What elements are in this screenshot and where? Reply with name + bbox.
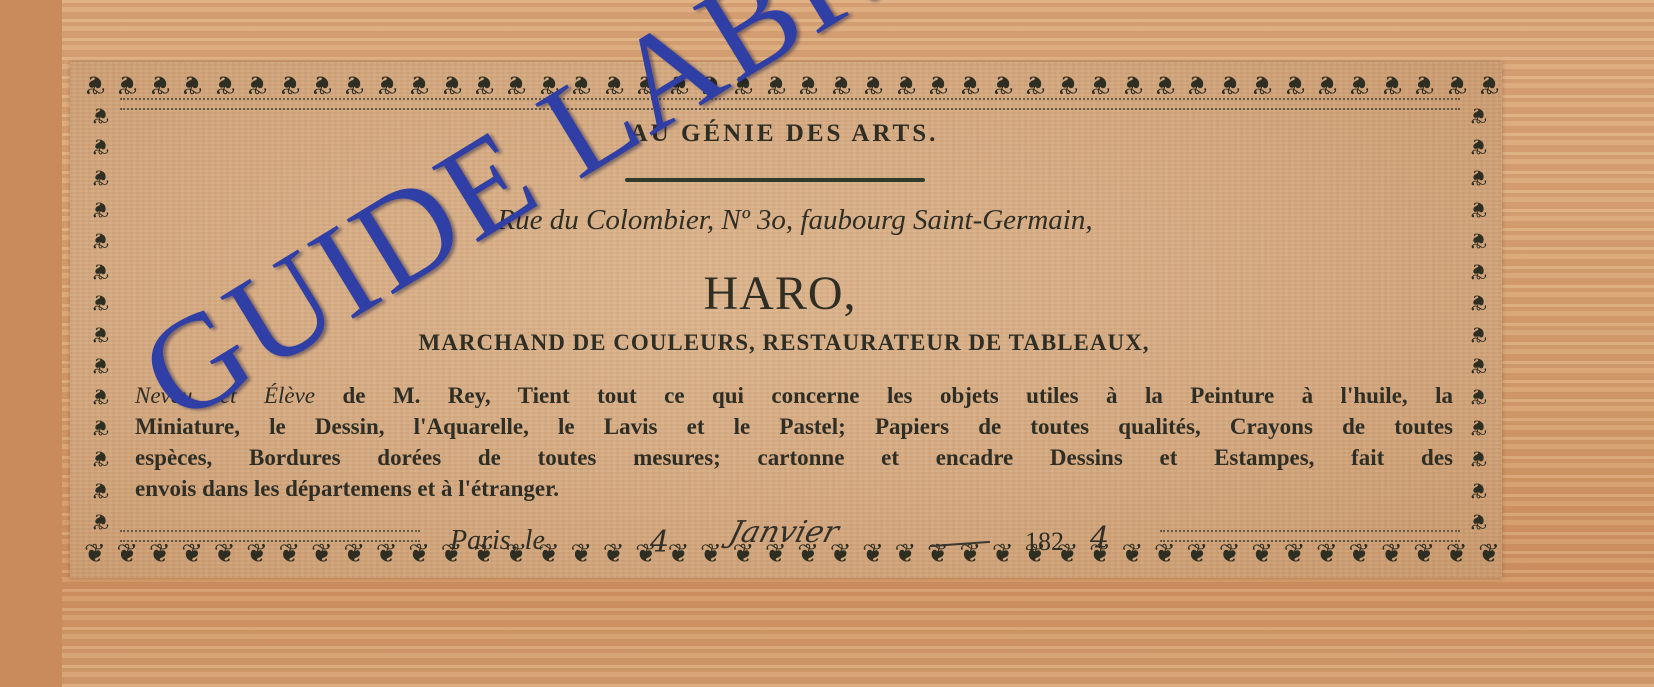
leaf-ornament-icon: ❦ (1089, 71, 1111, 97)
leaf-ornament-icon: ❦ (1154, 71, 1176, 97)
paragraph-line-4: envois dans les départemens et à l'étran… (135, 473, 1453, 504)
shop-address: Rue du Colombier, Nº 3o, faubourg Saint-… (0, 204, 1590, 237)
leaf-ornament-icon: ❦ (1024, 71, 1046, 97)
leaf-ornament-icon: ❦ (1348, 71, 1370, 97)
leaf-ornament-icon: ❦ (1469, 385, 1487, 407)
leaf-ornament-icon: ❦ (959, 541, 981, 567)
leaf-ornament-icon: ❦ (992, 541, 1014, 567)
leaf-ornament-icon: ❦ (1284, 71, 1306, 97)
leaf-ornament-icon: ❦ (1251, 541, 1273, 567)
date-printed-prefix: Paris, le (450, 525, 545, 556)
paragraph-line-1: Neveu et Élève de M. Rey, Tient tout ce … (135, 380, 1453, 411)
leaf-ornament-icon: ❦ (1316, 541, 1338, 567)
leaf-ornament-icon: ❦ (91, 166, 109, 188)
leaf-ornament-icon: ❦ (343, 541, 365, 567)
leaf-ornament-icon: ❦ (1219, 541, 1241, 567)
leaf-ornament-icon: ❦ (1478, 541, 1500, 567)
printed-year: 182 (1025, 527, 1064, 557)
leaf-ornament-icon: ❦ (1478, 71, 1500, 97)
leaf-ornament-icon: ❦ (1469, 416, 1487, 438)
leaf-ornament-icon: ❦ (1469, 510, 1487, 532)
leaf-ornament-icon: ❦ (1316, 71, 1338, 97)
decorative-rule (625, 178, 925, 182)
leaf-ornament-icon: ❦ (149, 541, 171, 567)
leaf-ornament-icon: ❦ (1381, 541, 1403, 567)
leaf-ornament-icon: ❦ (84, 71, 106, 97)
leaf-ornament-icon: ❦ (1284, 541, 1306, 567)
leaf-ornament-icon: ❦ (1122, 541, 1144, 567)
leaf-ornament-icon: ❦ (992, 71, 1014, 97)
leaf-ornament-icon: ❦ (570, 541, 592, 567)
leaf-ornament-icon: ❦ (279, 541, 301, 567)
leaf-ornament-icon: ❦ (91, 510, 109, 532)
leaf-ornament-icon: ❦ (1057, 71, 1079, 97)
leaf-ornament-icon: ❦ (1219, 71, 1241, 97)
leaf-ornament-icon: ❦ (1186, 71, 1208, 97)
leaf-ornament-icon: ❦ (1186, 541, 1208, 567)
label-heading: AU GÉNIE DES ARTS. (0, 120, 1568, 148)
leaf-ornament-icon: ❦ (84, 541, 106, 567)
leaf-ornament-icon: ❦ (408, 541, 430, 567)
leaf-ornament-icon: ❦ (1348, 541, 1370, 567)
leaf-ornament-icon: ❦ (91, 479, 109, 501)
leaf-ornament-icon: ❦ (862, 541, 884, 567)
leaf-ornament-icon: ❦ (246, 541, 268, 567)
leaf-ornament-icon: ❦ (279, 71, 301, 97)
leaf-ornament-icon: ❦ (895, 541, 917, 567)
leaf-ornament-icon: ❦ (1251, 71, 1273, 97)
paragraph-line-2: Miniature, le Dessin, l'Aquarelle, le La… (135, 411, 1453, 442)
leaf-ornament-icon: ❦ (1154, 541, 1176, 567)
leaf-ornament-icon: ❦ (1446, 71, 1468, 97)
leaf-ornament-icon: ❦ (91, 416, 109, 438)
leaf-ornament-icon: ❦ (408, 71, 430, 97)
handwritten-day: 4 (650, 525, 669, 560)
leaf-ornament-icon: ❦ (91, 354, 109, 376)
leaf-ornament-icon: ❦ (311, 541, 333, 567)
leaf-ornament-icon: ❦ (1413, 71, 1435, 97)
leaf-ornament-icon: ❦ (149, 71, 171, 97)
services-paragraph: Neveu et Élève de M. Rey, Tient tout ce … (135, 380, 1453, 504)
leaf-ornament-icon: ❦ (91, 385, 109, 407)
leaf-ornament-icon: ❦ (1469, 166, 1487, 188)
scroll-border-bottom-right-line (1160, 530, 1460, 542)
leaf-ornament-icon: ❦ (91, 447, 109, 469)
leaf-ornament-icon: ❦ (343, 71, 365, 97)
leaf-ornament-icon: ❦ (1469, 354, 1487, 376)
leaf-ornament-icon: ❦ (376, 541, 398, 567)
leaf-ornament-icon: ❦ (246, 71, 268, 97)
scroll-border-top-line (120, 98, 1460, 110)
leaf-ornament-icon: ❦ (214, 541, 236, 567)
leaf-ornament-icon: ❦ (376, 71, 398, 97)
scroll-border-bottom-left-line (120, 530, 420, 542)
leaf-ornament-icon: ❦ (116, 541, 138, 567)
leaf-ornament-icon: ❦ (181, 541, 203, 567)
leaf-ornament-icon: ❦ (700, 541, 722, 567)
leaf-ornament-icon: ❦ (181, 71, 203, 97)
leaf-ornament-icon: ❦ (603, 541, 625, 567)
leaf-ornament-icon: ❦ (311, 71, 333, 97)
leaf-ornament-icon: ❦ (895, 71, 917, 97)
handwritten-month: Janvier (725, 515, 842, 550)
paragraph-line-3: espèces, Bordures dorées de toutes mesur… (135, 442, 1453, 473)
leaf-ornament-icon: ❦ (927, 71, 949, 97)
leaf-ornament-icon: ❦ (1469, 479, 1487, 501)
leaf-ornament-icon: ❦ (116, 71, 138, 97)
leaf-ornament-icon: ❦ (1469, 447, 1487, 469)
leaf-ornament-icon: ❦ (1413, 541, 1435, 567)
leaf-ornament-icon: ❦ (668, 541, 690, 567)
handwritten-year-digit: 4 (1090, 521, 1109, 556)
leaf-ornament-icon: ❦ (862, 71, 884, 97)
leaf-ornament-icon: ❦ (1446, 541, 1468, 567)
leaf-ornament-icon: ❦ (830, 71, 852, 97)
leaf-ornament-icon: ❦ (959, 71, 981, 97)
leaf-ornament-icon: ❦ (1381, 71, 1403, 97)
leaf-ornament-icon: ❦ (214, 71, 236, 97)
leaf-ornament-icon: ❦ (441, 71, 463, 97)
date-line: Paris, le 4 Janvier 182 4 (450, 525, 545, 565)
leaf-ornament-icon: ❦ (1122, 71, 1144, 97)
